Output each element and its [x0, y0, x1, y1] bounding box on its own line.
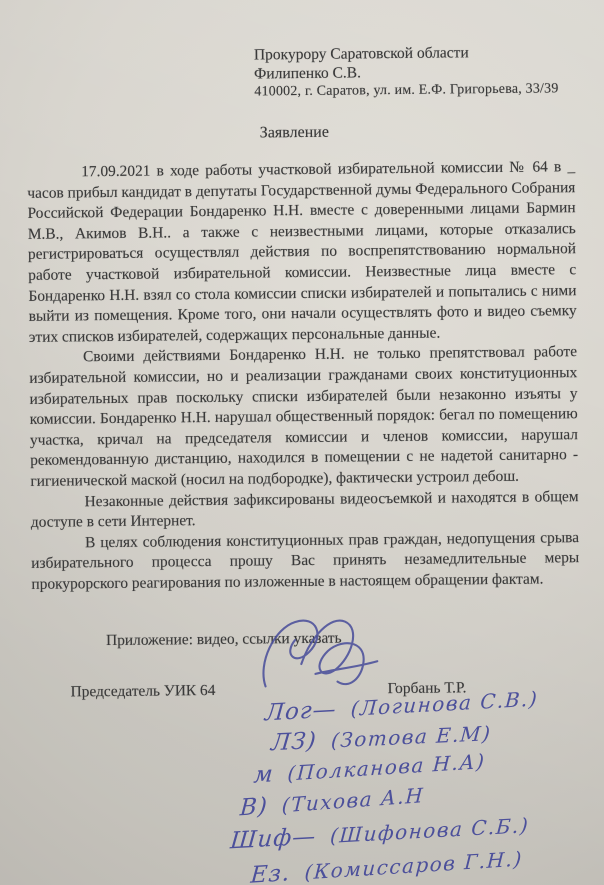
paragraph-1: 17.09.2021 в ходе работы участковой изби… [27, 157, 577, 348]
pen-scribble: В) [239, 793, 269, 821]
handwritten-name: (Тихова А.Н [281, 783, 425, 817]
paragraph-3: Незаконные действия зафиксированы видеос… [31, 487, 579, 534]
handwritten-signature-row: В) (Тихова А.Н [239, 782, 425, 821]
pen-signature-icon [255, 611, 388, 696]
handwritten-name: (Зотова Е.М) [330, 721, 492, 752]
handwritten-name: (Шифонова С.Б.) [329, 813, 530, 848]
pen-scribble: м [253, 761, 275, 788]
document-photo: Прокурору Саратовской области Филипенко … [0, 0, 604, 885]
handwritten-signature-row: Ез. (Комиссаров Г.Н.) [250, 846, 523, 885]
handwritten-name: (Полканова Н.А) [287, 749, 486, 786]
signer-position: Председатель УИК 64 [71, 682, 216, 702]
pen-scribble: Шиф— [229, 824, 317, 855]
chairman-signature-scribble [255, 611, 388, 701]
document-body: 17.09.2021 в ходе работы участковой изби… [27, 157, 579, 595]
paragraph-4: В целях соблюдения конституционных прав … [31, 528, 580, 596]
recipient-block: Прокурору Саратовской области Филипенко … [254, 43, 559, 102]
document-title: Заявление [260, 124, 329, 143]
paragraph-2: Своими действиями Бондаренко Н.Н. не тол… [29, 342, 578, 492]
pen-scribble: ЛЗ) [270, 728, 318, 756]
pen-scribble: Ез. [250, 860, 292, 885]
document-page: Прокурору Саратовской области Филипенко … [0, 0, 604, 885]
handwritten-name: (Комиссаров Г.Н.) [304, 847, 524, 885]
pen-scribble: Лог— [264, 696, 338, 726]
recipient-address: 410002, г. Саратов, ул. им. Е.Ф. Григорь… [254, 80, 558, 102]
